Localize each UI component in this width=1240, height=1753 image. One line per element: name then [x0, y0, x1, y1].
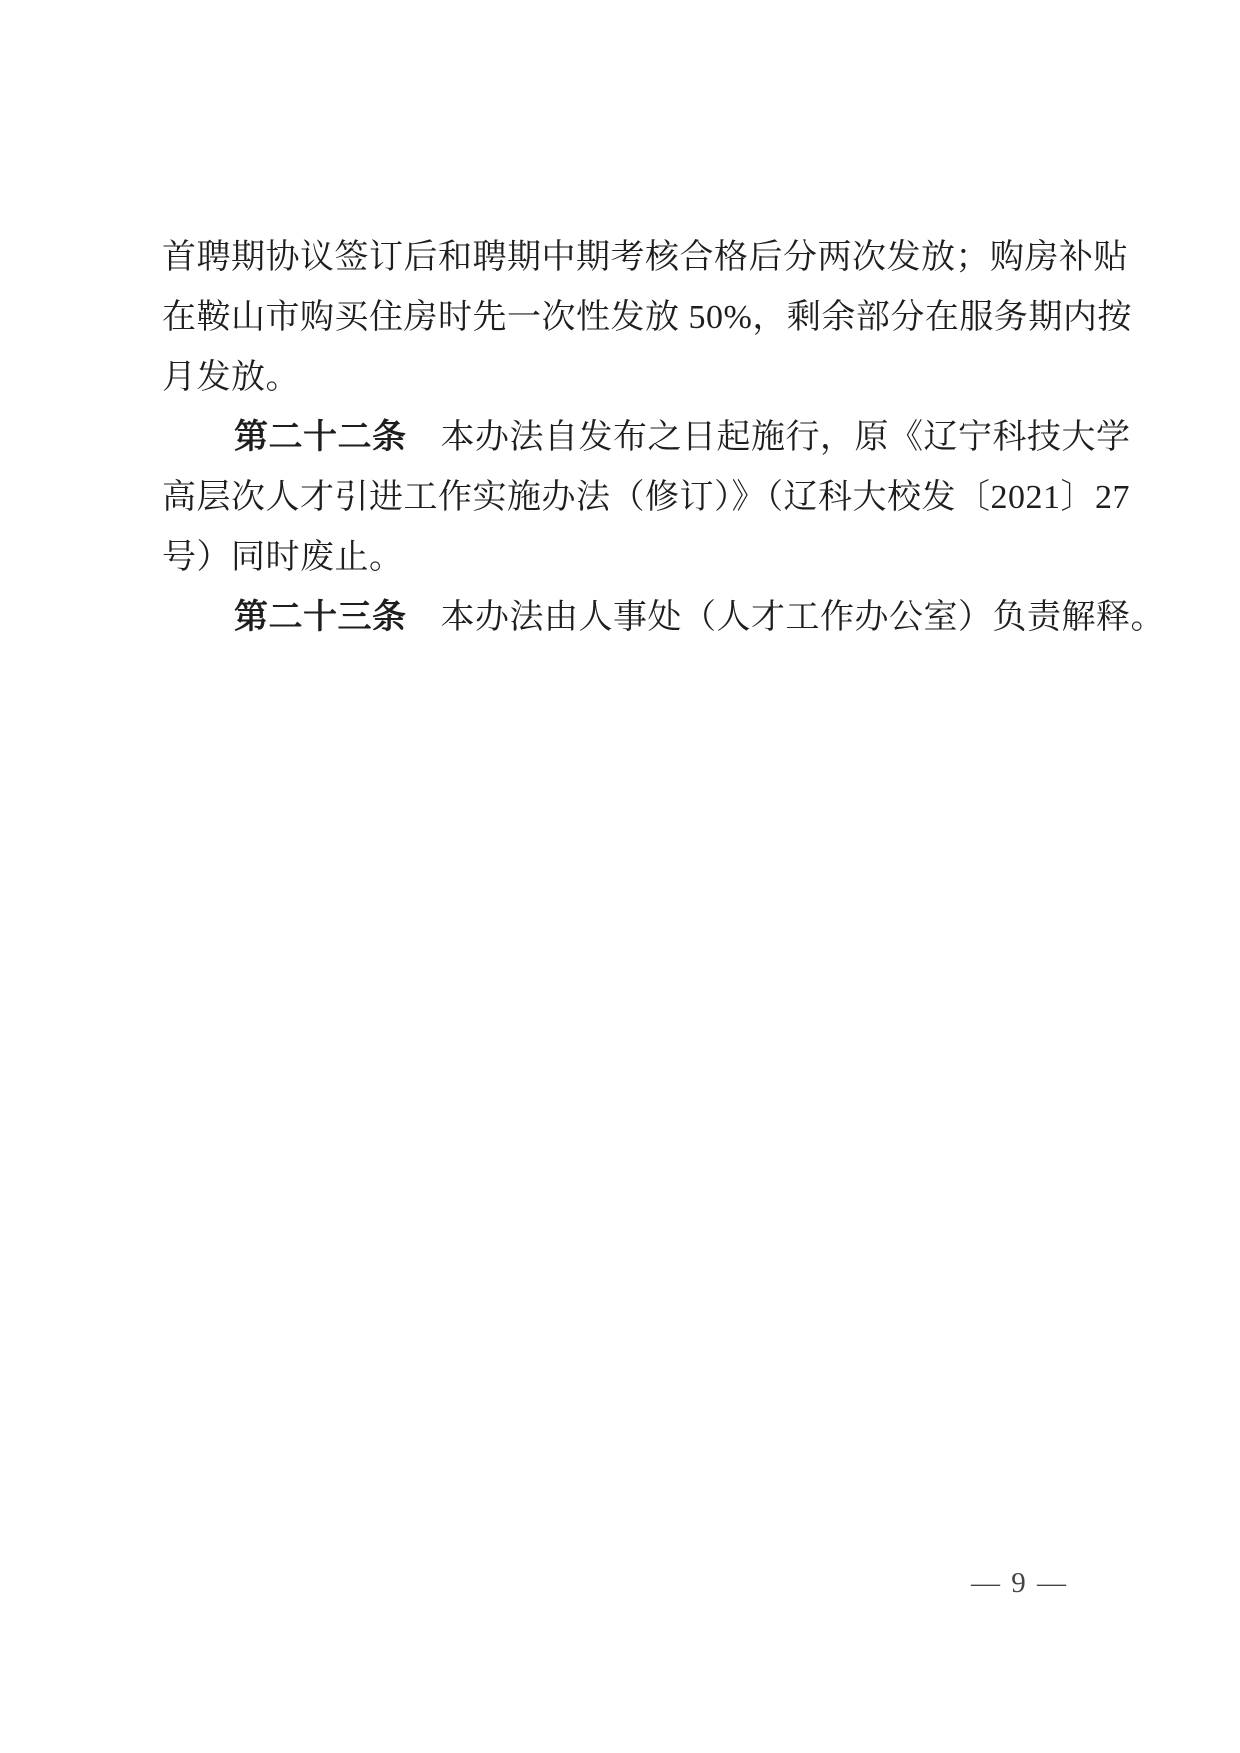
article-number-23: 第二十三条 [234, 599, 407, 636]
text-line-article-22: 第二十二条本办法自发布之日起施行，原《辽宁科技大学 [162, 408, 1140, 468]
text-line: 号）同时废止。 [162, 528, 1140, 588]
line-text: 号）同时废止。 [162, 539, 404, 576]
document-page: 首聘期协议签订后和聘期中期考核合格后分两次发放；购房补贴 在鞍山市购买住房时先一… [0, 0, 1240, 1753]
text-line: 高层次人才引进工作实施办法（修订）》（辽科大校发〔2021〕27 [162, 468, 1140, 528]
text-line-article-23: 第二十三条本办法由人事处（人才工作办公室）负责解释。 [162, 588, 1140, 648]
text-line: 首聘期协议签订后和聘期中期考核合格后分两次发放；购房补贴 [162, 228, 1140, 288]
line-text: 高层次人才引进工作实施办法（修订）》（辽科大校发〔2021〕27 [162, 479, 1130, 516]
line-text: 月发放。 [162, 359, 300, 396]
article-number-22: 第二十二条 [234, 419, 407, 456]
line-text: 在鞍山市购买住房时先一次性发放 50%，剩余部分在服务期内按 [162, 299, 1132, 336]
text-line: 月发放。 [162, 348, 1140, 408]
line-text: 首聘期协议签订后和聘期中期考核合格后分两次发放；购房补贴 [162, 239, 1128, 276]
page-number: — 9 — [971, 1566, 1068, 1600]
line-text: 本办法由人事处（人才工作办公室）负责解释。 [441, 599, 1166, 636]
text-line: 在鞍山市购买住房时先一次性发放 50%，剩余部分在服务期内按 [162, 288, 1140, 348]
line-text: 本办法自发布之日起施行，原《辽宁科技大学 [441, 419, 1131, 456]
document-body: 首聘期协议签订后和聘期中期考核合格后分两次发放；购房补贴 在鞍山市购买住房时先一… [162, 228, 1140, 648]
